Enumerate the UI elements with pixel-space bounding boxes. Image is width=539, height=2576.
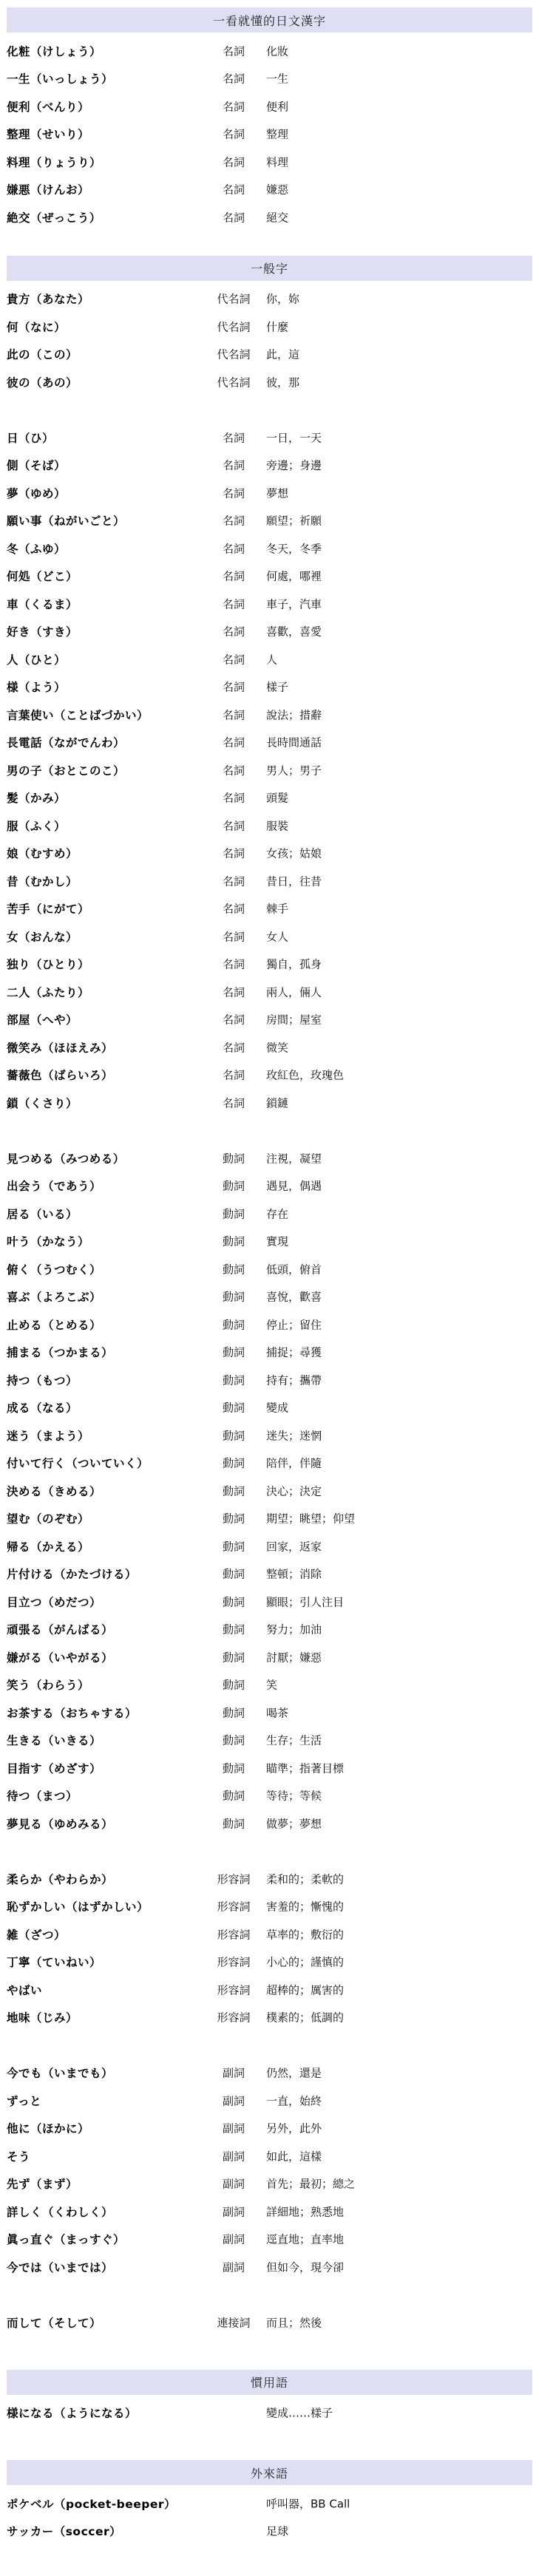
meaning-text: 注視，凝望 bbox=[266, 1150, 322, 1166]
meaning-text: 笑 bbox=[266, 1677, 277, 1693]
pos-label: 形容詞 bbox=[198, 1899, 269, 1914]
meaning-text: 昔日，往昔 bbox=[266, 873, 322, 888]
word-text: 夢（ゆめ） bbox=[7, 485, 66, 501]
word-text: 而して（そして） bbox=[7, 2314, 101, 2331]
pos-label: 名詞 bbox=[198, 1067, 269, 1083]
meaning-text: 兩人，倆人 bbox=[266, 984, 322, 999]
pos-label: 名詞 bbox=[198, 679, 269, 695]
vocab-row: 好き（すき）名詞喜歡，喜愛 bbox=[0, 618, 539, 646]
word-text: 夢見る（ゆめみる） bbox=[7, 1815, 113, 1832]
word-text: 出会う（であう） bbox=[7, 1177, 101, 1194]
vocab-row: 望む（のぞむ）動詞期望；眺望；仰望 bbox=[0, 1505, 539, 1533]
pos-label: 名詞 bbox=[198, 154, 269, 169]
group-gap bbox=[0, 1838, 539, 1866]
pos-label: 形容詞 bbox=[198, 1871, 269, 1886]
word-text: 迷う（まよう） bbox=[7, 1427, 89, 1444]
word-text: 叶う（かなう） bbox=[7, 1233, 89, 1249]
vocab-row: 詳しく（くわしく）副詞詳細地；熟悉地 bbox=[0, 2198, 539, 2226]
word-text: 独り（ひとり） bbox=[7, 956, 89, 972]
vocab-row: 鎖（くさり）名詞鎖鏈 bbox=[0, 1089, 539, 1117]
meaning-text: 而且；然後 bbox=[266, 2314, 322, 2330]
meaning-text: 男人；男子 bbox=[266, 762, 322, 778]
vocab-row: 止める（とめる）動詞停止；留住 bbox=[0, 1311, 539, 1339]
meaning-text: 實現 bbox=[266, 1234, 288, 1249]
meaning-text: 存在 bbox=[266, 1206, 288, 1221]
meaning-text: 頭髮 bbox=[266, 790, 288, 806]
pos-label: 名詞 bbox=[198, 209, 269, 225]
pos-label: 動詞 bbox=[198, 1538, 269, 1554]
vocab-row: 彼の（あの）代名詞彼，那 bbox=[0, 368, 539, 396]
word-text: 嫌悪（けんお） bbox=[7, 181, 89, 197]
word-text: 帰る（かえる） bbox=[7, 1538, 89, 1554]
word-text: 昔（むかし） bbox=[7, 873, 78, 889]
word-text: 捕まる（つかまる） bbox=[7, 1344, 113, 1360]
vocab-row: 成る（なる）動詞變成 bbox=[0, 1394, 539, 1422]
pos-label: 名詞 bbox=[198, 568, 269, 584]
meaning-text: 一日，一天 bbox=[266, 429, 322, 445]
pos-label: 名詞 bbox=[198, 429, 269, 445]
word-text: 先ず（まず） bbox=[7, 2175, 78, 2192]
meaning-text: 如此，這樣 bbox=[266, 2148, 322, 2164]
word-text: 髪（かみ） bbox=[7, 789, 66, 806]
word-text: 詳しく（くわしく） bbox=[7, 2203, 113, 2220]
pos-label: 名詞 bbox=[198, 1095, 269, 1110]
pos-label: 名詞 bbox=[198, 818, 269, 833]
word-text: 苦手（にがて） bbox=[7, 900, 89, 917]
vocab-row: 此の（この）代名詞此，這 bbox=[0, 341, 539, 369]
meaning-text: 樸素的；低調的 bbox=[266, 2010, 344, 2025]
meaning-text: 草率的；敷衍的 bbox=[266, 1926, 344, 1942]
meaning-text: 變成……樣子 bbox=[266, 2405, 333, 2421]
vocab-row: 柔らか（やわらか）形容詞柔和的；柔軟的 bbox=[0, 1865, 539, 1893]
word-text: 料理（りょうり） bbox=[7, 154, 101, 170]
pos-label: 動詞 bbox=[198, 1289, 269, 1305]
pos-label: 動詞 bbox=[198, 1206, 269, 1221]
meaning-text: 迷失；迷惘 bbox=[266, 1427, 322, 1443]
vocab-row: 地味（じみ）形容詞樸素的；低調的 bbox=[0, 2004, 539, 2032]
pos-label: 動詞 bbox=[198, 1760, 269, 1775]
vocab-row: 頑張る（がんばる）動詞努力；加油 bbox=[0, 1616, 539, 1644]
meaning-text: 你，妳 bbox=[266, 291, 299, 307]
word-text: 今でも（いまでも） bbox=[7, 2064, 113, 2081]
meaning-text: 長時間通話 bbox=[266, 735, 322, 750]
vocab-row: 言葉使い（ことばづかい）名詞說法；措辭 bbox=[0, 701, 539, 729]
pos-label: 名詞 bbox=[198, 126, 269, 142]
vocab-row: 嫌がる（いやがる）動詞討厭；嫌惡 bbox=[0, 1643, 539, 1671]
pos-label: 名詞 bbox=[198, 182, 269, 197]
pos-label: 名詞 bbox=[198, 707, 269, 722]
word-text: 他に（ほかに） bbox=[7, 2120, 89, 2136]
vocab-row: 整理（せいり）名詞整理 bbox=[0, 120, 539, 149]
pos-label: 名詞 bbox=[198, 956, 269, 972]
meaning-text: 停止；留住 bbox=[266, 1316, 322, 1332]
meaning-text: 變成 bbox=[266, 1400, 288, 1416]
word-text: 側（そば） bbox=[7, 457, 66, 473]
group-gap bbox=[0, 396, 539, 424]
word-text: 目指す（めざす） bbox=[7, 1760, 101, 1776]
word-text: 地味（じみ） bbox=[7, 2009, 78, 2025]
section: 一看就懂的日文漢字化粧（けしょう）名詞化妝一生（いっしょう）名詞一生便利（べんり… bbox=[0, 7, 539, 231]
pos-label: 動詞 bbox=[198, 1511, 269, 1526]
word-text: 願い事（ねがいごと） bbox=[7, 512, 125, 529]
vocab-row: ずっと副詞一直，始終 bbox=[0, 2087, 539, 2115]
vocab-row: 二人（ふたり）名詞兩人，倆人 bbox=[0, 978, 539, 1006]
vocab-row: 叶う（かなう）動詞實現 bbox=[0, 1228, 539, 1256]
meaning-text: 呼叫器，BB Call bbox=[266, 2495, 350, 2511]
meaning-text: 生存；生活 bbox=[266, 1733, 322, 1748]
word-text: 冬（ふゆ） bbox=[7, 540, 66, 557]
meaning-text: 微笑 bbox=[266, 1039, 288, 1055]
pos-label: 動詞 bbox=[198, 1594, 269, 1609]
vocab-row: 而して（そして）連接詞而且；然後 bbox=[0, 2308, 539, 2337]
meaning-text: 喜歡，喜愛 bbox=[266, 624, 322, 639]
vocab-row: 俯く（うつむく）動詞低頭，俯首 bbox=[0, 1255, 539, 1283]
word-text: 目立つ（めだつ） bbox=[7, 1594, 101, 1610]
meaning-text: 另外，此外 bbox=[266, 2121, 322, 2136]
vocab-row: 女（おんな）名詞女人 bbox=[0, 922, 539, 951]
word-text: 居る（いる） bbox=[7, 1206, 78, 1222]
meaning-text: 首先；最初；總之 bbox=[266, 2176, 355, 2192]
word-text: 喜ぶ（よろこぶ） bbox=[7, 1288, 101, 1305]
vocab-row: 今でも（いまでも）副詞仍然，還是 bbox=[0, 2059, 539, 2087]
word-text: 薔薇色（ばらいろ） bbox=[7, 1067, 113, 1083]
meaning-text: 願望；祈願 bbox=[266, 513, 322, 529]
pos-label: 動詞 bbox=[198, 1234, 269, 1249]
meaning-text: 便利 bbox=[266, 98, 288, 114]
word-text: 整理（せいり） bbox=[7, 126, 89, 142]
pos-label: 動詞 bbox=[198, 1649, 269, 1665]
pos-label: 副詞 bbox=[198, 2203, 269, 2219]
vocab-row: 昔（むかし）名詞昔日，往昔 bbox=[0, 867, 539, 895]
vocab-row: 長電話（ながでんわ）名詞長時間通話 bbox=[0, 729, 539, 757]
section-title: 一看就懂的日文漢字 bbox=[213, 12, 326, 29]
pos-label: 名詞 bbox=[198, 513, 269, 529]
pos-label: 副詞 bbox=[198, 2121, 269, 2136]
vocab-row: 雑（ざつ）形容詞草率的；敷衍的 bbox=[0, 1920, 539, 1948]
meaning-text: 遇見，偶遇 bbox=[266, 1178, 322, 1194]
word-text: 鎖（くさり） bbox=[7, 1095, 78, 1111]
meaning-text: 捕捉；尋獲 bbox=[266, 1345, 322, 1360]
word-text: 言葉使い（ことばづかい） bbox=[7, 707, 149, 723]
meaning-text: 持有；攜帶 bbox=[266, 1372, 322, 1387]
meaning-text: 仍然，還是 bbox=[266, 2065, 322, 2081]
vocab-row: 先ず（まず）副詞首先；最初；總之 bbox=[0, 2170, 539, 2198]
vocab-row: 待つ（まつ）動詞等待；等候 bbox=[0, 1782, 539, 1810]
vocab-row: 捕まる（つかまる）動詞捕捉；尋獲 bbox=[0, 1339, 539, 1367]
vocab-row: 貴方（あなた）代名詞你，妳 bbox=[0, 285, 539, 313]
pos-label: 動詞 bbox=[198, 1372, 269, 1387]
word-text: 好き（すき） bbox=[7, 623, 78, 639]
word-text: 微笑み（ほほえみ） bbox=[7, 1039, 113, 1056]
word-text: 片付ける（かたづける） bbox=[7, 1566, 137, 1582]
vocab-row: 見つめる（みつめる）動詞注視，凝望 bbox=[0, 1144, 539, 1172]
pos-label: 名詞 bbox=[198, 1012, 269, 1027]
meaning-text: 超棒的；厲害的 bbox=[266, 1982, 344, 1997]
pos-label: 形容詞 bbox=[198, 1982, 269, 1997]
section-title: 外來語 bbox=[251, 2464, 288, 2481]
section-title: 慣用語 bbox=[251, 2373, 288, 2390]
vocab-row: 何処（どこ）名詞何處，哪裡 bbox=[0, 563, 539, 591]
pos-label: 名詞 bbox=[198, 984, 269, 999]
group-gap bbox=[0, 2031, 539, 2059]
word-text: ずっと bbox=[7, 2093, 41, 2109]
word-text: 様（よう） bbox=[7, 679, 66, 695]
word-text: 笑う（わらう） bbox=[7, 1676, 89, 1693]
pos-label: 動詞 bbox=[198, 1566, 269, 1582]
meaning-text: 決心；決定 bbox=[266, 1483, 322, 1498]
vocab-row: 願い事（ねがいごと）名詞願望；祈願 bbox=[0, 507, 539, 535]
meaning-text: 絕交 bbox=[266, 209, 288, 225]
vocab-row: 笑う（わらう）動詞笑 bbox=[0, 1671, 539, 1699]
section-header: 一般字 bbox=[7, 256, 532, 281]
word-text: 化粧（けしょう） bbox=[7, 43, 101, 59]
meaning-text: 房間；屋室 bbox=[266, 1012, 322, 1027]
vocab-row: 生きる（いきる）動詞生存；生活 bbox=[0, 1727, 539, 1755]
vocab-row: 迷う（まよう）動詞迷失；迷惘 bbox=[0, 1421, 539, 1450]
meaning-text: 回家，返家 bbox=[266, 1538, 322, 1554]
pos-label: 副詞 bbox=[198, 2093, 269, 2108]
meaning-text: 努力；加油 bbox=[266, 1622, 322, 1637]
meaning-text: 但如今，現今卻 bbox=[266, 2259, 344, 2274]
meaning-text: 喜悅，歡喜 bbox=[266, 1289, 322, 1305]
pos-label: 形容詞 bbox=[198, 1926, 269, 1942]
meaning-text: 玫紅色，玫瑰色 bbox=[266, 1067, 344, 1083]
meaning-text: 化妝 bbox=[266, 43, 288, 58]
pos-label: 代名詞 bbox=[198, 374, 269, 390]
word-text: 長電話（ながでんわ） bbox=[7, 734, 125, 750]
word-text: 眞っ直ぐ（まっすぐ） bbox=[7, 2231, 125, 2247]
meaning-text: 一直，始終 bbox=[266, 2093, 322, 2108]
vocab-row: 部屋（へや）名詞房間；屋室 bbox=[0, 1006, 539, 1034]
word-text: 決める（きめる） bbox=[7, 1483, 101, 1499]
meaning-text: 何處，哪裡 bbox=[266, 568, 322, 584]
meaning-text: 整理 bbox=[266, 126, 288, 142]
meaning-text: 女人 bbox=[266, 928, 288, 944]
vocab-row: 他に（ほかに）副詞另外，此外 bbox=[0, 2115, 539, 2143]
vocab-row: 夢（ゆめ）名詞夢想 bbox=[0, 479, 539, 507]
vocab-row: 喜ぶ（よろこぶ）動詞喜悅，歡喜 bbox=[0, 1283, 539, 1311]
word-text: 便利（べんり） bbox=[7, 98, 89, 115]
pos-label: 名詞 bbox=[198, 71, 269, 86]
word-text: 嫌がる（いやがる） bbox=[7, 1649, 113, 1665]
vocab-row: 絶交（ぜっこう）名詞絕交 bbox=[0, 203, 539, 231]
word-text: 一生（いっしょう） bbox=[7, 70, 113, 86]
pos-label: 名詞 bbox=[198, 458, 269, 473]
pos-label: 動詞 bbox=[198, 1733, 269, 1748]
vocab-row: 側（そば）名詞旁邊；身邊 bbox=[0, 452, 539, 480]
meaning-text: 陪伴，伴隨 bbox=[266, 1455, 322, 1471]
section: 慣用語様になる（ようになる）變成……樣子 bbox=[0, 2370, 539, 2427]
word-text: そう bbox=[7, 2148, 30, 2164]
word-text: 部屋（へや） bbox=[7, 1011, 78, 1027]
meaning-text: 棘手 bbox=[266, 901, 288, 917]
pos-label: 名詞 bbox=[198, 901, 269, 917]
pos-label: 代名詞 bbox=[198, 347, 269, 362]
group-gap bbox=[0, 2281, 539, 2309]
meaning-text: 人 bbox=[266, 651, 277, 667]
word-text: 恥ずかしい（はずかしい） bbox=[7, 1898, 149, 1914]
pos-label: 名詞 bbox=[198, 651, 269, 667]
pos-label: 名詞 bbox=[198, 485, 269, 500]
word-text: 二人（ふたり） bbox=[7, 984, 89, 1000]
meaning-text: 討厭；嫌惡 bbox=[266, 1649, 322, 1665]
vocab-row: 日（ひ）名詞一日，一天 bbox=[0, 424, 539, 452]
vocab-row: 微笑み（ほほえみ）名詞微笑 bbox=[0, 1033, 539, 1061]
word-text: 望む（のぞむ） bbox=[7, 1510, 89, 1526]
pos-label: 動詞 bbox=[198, 1677, 269, 1693]
pos-label: 名詞 bbox=[198, 624, 269, 639]
vocab-row: 便利（べんり）名詞便利 bbox=[0, 92, 539, 120]
word-text: 見つめる（みつめる） bbox=[7, 1150, 125, 1166]
word-text: 彼の（あの） bbox=[7, 374, 78, 390]
vocab-row: そう副詞如此，這樣 bbox=[0, 2142, 539, 2170]
meaning-text: 逕直地；直率地 bbox=[266, 2232, 344, 2247]
word-text: 男の子（おとこのこ） bbox=[7, 762, 125, 778]
meaning-text: 做夢；夢想 bbox=[266, 1815, 322, 1831]
word-text: 付いて行く（ついていく） bbox=[7, 1455, 149, 1471]
meaning-text: 此，這 bbox=[266, 347, 299, 362]
word-text: サッカー（soccer） bbox=[7, 2523, 121, 2539]
section: 外來語ポケベル（pocket-beeper）呼叫器，BB Callサッカー（so… bbox=[0, 2460, 539, 2545]
pos-label: 動詞 bbox=[198, 1316, 269, 1332]
word-text: 雑（ざつ） bbox=[7, 1926, 66, 1943]
pos-label: 動詞 bbox=[198, 1483, 269, 1498]
pos-label: 動詞 bbox=[198, 1150, 269, 1166]
pos-label: 名詞 bbox=[198, 762, 269, 778]
meaning-text: 整頓；消除 bbox=[266, 1566, 322, 1582]
word-text: 服（ふく） bbox=[7, 818, 66, 834]
meaning-text: 柔和的；柔軟的 bbox=[266, 1871, 344, 1886]
vocab-row: 持つ（もつ）動詞持有；攜帶 bbox=[0, 1366, 539, 1394]
pos-label: 動詞 bbox=[198, 1400, 269, 1416]
word-text: 此の（この） bbox=[7, 346, 78, 362]
vocab-row: 髪（かみ）名詞頭髮 bbox=[0, 784, 539, 812]
meaning-text: 料理 bbox=[266, 154, 288, 169]
vocab-row: 車（くるま）名詞車子，汽車 bbox=[0, 590, 539, 618]
pos-label: 名詞 bbox=[198, 873, 269, 888]
vocab-row: 冬（ふゆ）名詞冬天，冬季 bbox=[0, 534, 539, 563]
vocab-row: 片付ける（かたづける）動詞整頓；消除 bbox=[0, 1560, 539, 1588]
vocab-row: 様（よう）名詞樣子 bbox=[0, 673, 539, 701]
word-text: 様になる（ようになる） bbox=[7, 2405, 137, 2421]
section: 一般字貴方（あなた）代名詞你，妳何（なに）代名詞什麼此の（この）代名詞此，這彼の… bbox=[0, 256, 539, 2337]
word-text: 待つ（まつ） bbox=[7, 1787, 78, 1804]
pos-label: 名詞 bbox=[198, 596, 269, 611]
word-text: 俯く（うつむく） bbox=[7, 1261, 101, 1277]
pos-label: 名詞 bbox=[198, 928, 269, 944]
meaning-text: 獨自，孤身 bbox=[266, 956, 322, 972]
vocab-row: 今では（いまでは）副詞但如今，現今卻 bbox=[0, 2253, 539, 2281]
pos-label: 代名詞 bbox=[198, 291, 269, 307]
pos-label: 副詞 bbox=[198, 2232, 269, 2247]
vocab-row: やばい形容詞超棒的；厲害的 bbox=[0, 1976, 539, 2004]
vocab-row: ポケベル（pocket-beeper）呼叫器，BB Call bbox=[0, 2490, 539, 2518]
meaning-text: 低頭，俯首 bbox=[266, 1261, 322, 1277]
word-text: 成る（なる） bbox=[7, 1399, 78, 1416]
meaning-text: 樣子 bbox=[266, 679, 288, 695]
pos-label: 動詞 bbox=[198, 1345, 269, 1360]
vocab-row: 娘（むすめ）名詞女孩；姑娘 bbox=[0, 840, 539, 868]
meaning-text: 一生 bbox=[266, 71, 288, 86]
meaning-text: 嫌惡 bbox=[266, 182, 288, 197]
pos-label: 動詞 bbox=[198, 1178, 269, 1194]
pos-label: 動詞 bbox=[198, 1815, 269, 1831]
pos-label: 名詞 bbox=[198, 540, 269, 556]
meaning-text: 服裝 bbox=[266, 818, 288, 833]
vocab-row: 目指す（めざす）動詞瞄準；指著目標 bbox=[0, 1754, 539, 1782]
pos-label: 名詞 bbox=[198, 98, 269, 114]
meaning-text: 詳細地；熟悉地 bbox=[266, 2203, 344, 2219]
meaning-text: 女孩；姑娘 bbox=[266, 846, 322, 861]
pos-label: 動詞 bbox=[198, 1705, 269, 1720]
vocab-row: 帰る（かえる）動詞回家，返家 bbox=[0, 1532, 539, 1560]
word-text: 頑張る（がんばる） bbox=[7, 1621, 113, 1637]
word-text: 絶交（ぜっこう） bbox=[7, 209, 101, 225]
pos-label: 名詞 bbox=[198, 1039, 269, 1055]
vocab-row: 決める（きめる）動詞決心；決定 bbox=[0, 1477, 539, 1505]
pos-label: 副詞 bbox=[198, 2176, 269, 2192]
vocab-document: 一看就懂的日文漢字化粧（けしょう）名詞化妝一生（いっしょう）名詞一生便利（べんり… bbox=[0, 0, 539, 2545]
meaning-text: 害羞的；慚愧的 bbox=[266, 1899, 344, 1914]
meaning-text: 小心的；謹慎的 bbox=[266, 1954, 344, 1970]
vocab-row: 嫌悪（けんお）名詞嫌惡 bbox=[0, 176, 539, 204]
word-text: ポケベル（pocket-beeper） bbox=[7, 2495, 176, 2512]
meaning-text: 旁邊；身邊 bbox=[266, 458, 322, 473]
meaning-text: 冬天，冬季 bbox=[266, 540, 322, 556]
word-text: 日（ひ） bbox=[7, 429, 54, 446]
vocab-row: 化粧（けしょう）名詞化妝 bbox=[0, 37, 539, 65]
pos-label: 動詞 bbox=[198, 1788, 269, 1804]
vocab-row: 苦手（にがて）名詞棘手 bbox=[0, 895, 539, 923]
word-text: 娘（むすめ） bbox=[7, 845, 78, 861]
word-text: やばい bbox=[7, 1982, 42, 1998]
pos-label: 動詞 bbox=[198, 1622, 269, 1637]
meaning-text: 鎖鏈 bbox=[266, 1095, 288, 1110]
section-header: 慣用語 bbox=[7, 2370, 532, 2395]
pos-label: 動詞 bbox=[198, 1427, 269, 1443]
pos-label: 副詞 bbox=[198, 2259, 269, 2274]
section-header: 外來語 bbox=[7, 2460, 532, 2485]
word-text: 止める（とめる） bbox=[7, 1316, 101, 1333]
word-text: 女（おんな） bbox=[7, 928, 78, 945]
word-text: 人（ひと） bbox=[7, 651, 66, 667]
vocab-row: お茶する（おちゃする）動詞喝茶 bbox=[0, 1699, 539, 1727]
pos-label: 名詞 bbox=[198, 790, 269, 806]
pos-label: 動詞 bbox=[198, 1261, 269, 1277]
pos-label: 形容詞 bbox=[198, 1954, 269, 1970]
pos-label: 名詞 bbox=[198, 846, 269, 861]
vocab-row: 居る（いる）動詞存在 bbox=[0, 1200, 539, 1228]
pos-label: 動詞 bbox=[198, 1455, 269, 1471]
vocab-row: 目立つ（めだつ）動詞顯眼；引人注目 bbox=[0, 1588, 539, 1616]
pos-label: 形容詞 bbox=[198, 2010, 269, 2025]
word-text: 丁寧（ていねい） bbox=[7, 1954, 101, 1970]
meaning-text: 瞄準；指著目標 bbox=[266, 1760, 344, 1775]
meaning-text: 等待；等候 bbox=[266, 1788, 322, 1804]
meaning-text: 什麼 bbox=[266, 319, 288, 334]
meaning-text: 夢想 bbox=[266, 485, 288, 500]
word-text: 何（なに） bbox=[7, 319, 66, 335]
section-title: 一般字 bbox=[251, 259, 288, 276]
meaning-text: 說法；措辭 bbox=[266, 707, 322, 722]
pos-label: 副詞 bbox=[198, 2148, 269, 2164]
meaning-text: 顯眼；引人注目 bbox=[266, 1594, 344, 1609]
vocab-row: 一生（いっしょう）名詞一生 bbox=[0, 65, 539, 93]
group-gap bbox=[0, 1117, 539, 1145]
vocab-row: 丁寧（ていねい）形容詞小心的；謹慎的 bbox=[0, 1948, 539, 1977]
word-text: 今では（いまでは） bbox=[7, 2259, 113, 2275]
pos-label: 連接詞 bbox=[198, 2314, 269, 2330]
